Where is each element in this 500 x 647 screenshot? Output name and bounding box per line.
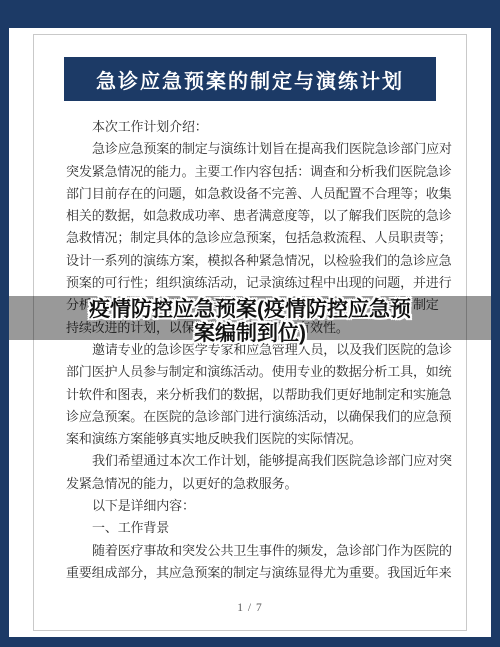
watermark-text: 疫情防控应急预案(疫情防控应急预 案编制到位)	[9, 298, 491, 346]
body-line: 急救情况；制定具体的急诊应急预案，包括急救流程、人员职责等；	[66, 227, 444, 249]
body-line: 发紧急情况的能力，以更好的急救服务。	[66, 473, 444, 495]
watermark-line-1: 疫情防控应急预案(疫情防控应急预	[89, 298, 411, 321]
body-line: 一、工作背景	[66, 517, 444, 539]
document-frame: 急诊应急预案的制定与演练计划 本次工作计划介绍：急诊应急预案的制定与演练计划旨在…	[0, 0, 500, 647]
body-line: 诊应急预案。在医院的急诊部门进行演练活动，以确保我们的应急预	[66, 406, 444, 428]
body-line: 我们希望通过本次工作计划，能够提高我们医院急诊部门应对突	[66, 450, 444, 472]
watermark-overlay: 疫情防控应急预案(疫情防控应急预 案编制到位)	[9, 296, 491, 340]
body-line: 随着医疗事故和突发公共卫生事件的频发，急诊部门作为医院的	[66, 540, 444, 562]
body-line: 部门目前存在的问题，如急救设备不完善、人员配置不合理等；收集	[66, 183, 444, 205]
body-line: 以下是详细内容：	[66, 495, 444, 517]
body-line: 部门医护人员参与制定和演练活动。使用专业的数据分析工具，如统	[66, 361, 444, 383]
body-line: 设计一系列的演练方案，模拟各种紧急情况，以检验我们的急诊应急	[66, 250, 444, 272]
body-line: 计软件和图表，来分析我们的数据，以帮助我们更好地制定和实施急	[66, 384, 444, 406]
body-line: 重要组成部分，其应急预案的制定与演练显得尤为重要。我国近年来	[66, 562, 444, 584]
page-number: 1 / 7	[9, 602, 491, 614]
document-title: 急诊应急预案的制定与演练计划	[96, 65, 404, 94]
body-line: 突发紧急情况的能力。主要工作内容包括：调查和分析我们医院急诊	[66, 161, 444, 183]
title-banner: 急诊应急预案的制定与演练计划	[64, 57, 436, 101]
body-line: 急诊应急预案的制定与演练计划旨在提高我们医院急诊部门应对	[66, 138, 444, 160]
body-line: 本次工作计划介绍：	[66, 116, 444, 138]
body-line: 预案的可行性；组织演练活动，记录演练过程中出现的问题，并进行	[66, 272, 444, 294]
body-text: 本次工作计划介绍：急诊应急预案的制定与演练计划旨在提高我们医院急诊部门应对突发紧…	[66, 116, 444, 584]
watermark-line-2: 案编制到位)	[194, 322, 306, 345]
body-line: 案和演练方案能够真实地反映我们医院的实际情况。	[66, 428, 444, 450]
body-line: 相关的数据，如急救成功率、患者满意度等，以了解我们医院的急诊	[66, 205, 444, 227]
document-page: 急诊应急预案的制定与演练计划 本次工作计划介绍：急诊应急预案的制定与演练计划旨在…	[9, 28, 491, 637]
